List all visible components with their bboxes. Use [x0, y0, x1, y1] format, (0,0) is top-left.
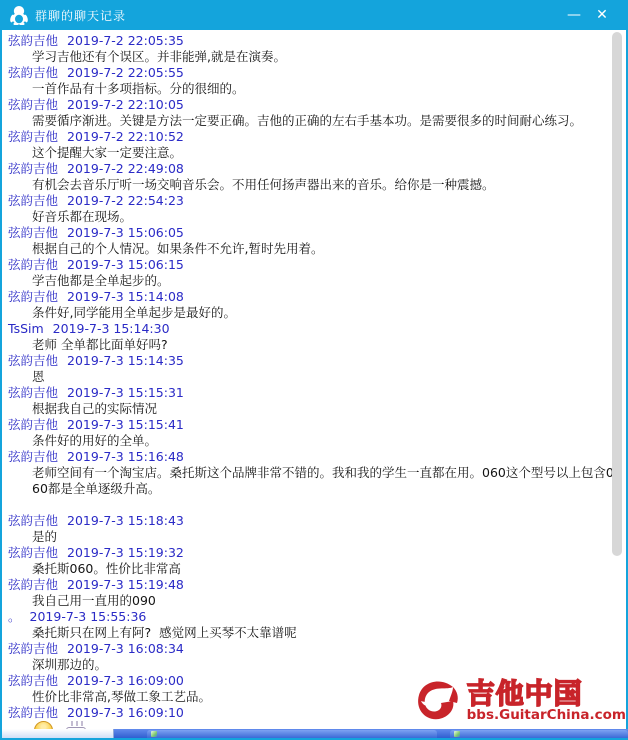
blank-line — [2, 497, 626, 513]
message-header: 弦韵吉他2019-7-2 22:05:55 — [2, 65, 626, 81]
message-author: 弦韵吉他 — [8, 449, 58, 464]
taskbar-window-button[interactable] — [450, 730, 628, 738]
message-text: 是的 — [2, 529, 626, 545]
message-header: 弦韵吉他2019-7-3 15:06:05 — [2, 225, 626, 241]
message-author: 弦韵吉他 — [8, 257, 58, 272]
message-text: 恩 — [2, 369, 626, 385]
message-author: 弦韵吉他 — [8, 193, 58, 208]
message-header: 弦韵吉他2019-7-3 15:15:31 — [2, 385, 626, 401]
message-header: 弦韵吉他2019-7-3 16:09:00 — [2, 673, 626, 689]
message-header: 弦韵吉他2019-7-2 22:10:05 — [2, 97, 626, 113]
message-time: 2019-7-3 15:14:35 — [67, 353, 184, 368]
message-header: 弦韵吉他2019-7-2 22:05:35 — [2, 33, 626, 49]
message-time: 2019-7-3 16:09:10 — [67, 705, 184, 720]
title-bar: 群聊的聊天记录 — ✕ — [2, 0, 626, 30]
message-header: 弦韵吉他2019-7-3 16:08:34 — [2, 641, 626, 657]
taskbar-start-segment[interactable] — [2, 729, 114, 738]
message-author: 弦韵吉他 — [8, 673, 58, 688]
message-text: 桑托斯060。性价比非常高 — [2, 561, 626, 577]
message-header: 弦韵吉他2019-7-3 15:14:08 — [2, 289, 626, 305]
message-author: 弦韵吉他 — [8, 545, 58, 560]
message-header: 。2019-7-3 15:55:36 — [2, 609, 626, 625]
taskbar-app-icon — [454, 731, 460, 737]
message-author: 弦韵吉他 — [8, 353, 58, 368]
message-header: 弦韵吉他2019-7-2 22:10:52 — [2, 129, 626, 145]
message-author: 弦韵吉他 — [8, 289, 58, 304]
message-time: 2019-7-3 15:18:43 — [67, 513, 184, 528]
message-author: 弦韵吉他 — [8, 417, 58, 432]
message-time: 2019-7-2 22:05:55 — [67, 65, 184, 80]
message-author: 弦韵吉他 — [8, 161, 58, 176]
message-header: 弦韵吉他2019-7-3 15:18:43 — [2, 513, 626, 529]
message-header: 弦韵吉他2019-7-3 15:19:48 — [2, 577, 626, 593]
message-time: 2019-7-2 22:05:35 — [67, 33, 184, 48]
message-author: 弦韵吉他 — [8, 513, 58, 528]
message-text: 条件好,同学能用全单起步是最好的。 — [2, 305, 626, 321]
message-author: 弦韵吉他 — [8, 705, 58, 720]
message-text: 一首作品有十多项指标。分的很细的。 — [2, 81, 626, 97]
message-header: 弦韵吉他2019-7-3 15:19:32 — [2, 545, 626, 561]
message-text: 学吉他都是全单起步的。 — [2, 273, 626, 289]
message-text: 性价比非常高,琴做工象工艺品。 — [2, 689, 626, 705]
message-text: 老师 全单都比面单好吗? — [2, 337, 626, 353]
message-text: 根据我自己的实际情况 — [2, 401, 626, 417]
message-author: 弦韵吉他 — [8, 65, 58, 80]
message-text: 根据自己的个人情况。如果条件不允许,暂时先用着。 — [2, 241, 626, 257]
message-time: 2019-7-3 15:15:41 — [67, 417, 184, 432]
message-header: 弦韵吉他2019-7-3 15:16:48 — [2, 449, 626, 465]
message-list: 弦韵吉他2019-7-2 22:05:35学习吉他还有个误区。并非能弹,就是在演… — [2, 33, 626, 731]
message-text: 好音乐都在现场。 — [2, 209, 626, 225]
message-time: 2019-7-3 15:06:15 — [67, 257, 184, 272]
chat-record-window: 群聊的聊天记录 — ✕ 弦韵吉他2019-7-2 22:05:35学习吉他还有个… — [0, 0, 628, 740]
message-text: 老师空间有一个淘宝店。桑托斯这个品牌非常不错的。我和我的学生一直都在用。060这… — [2, 465, 626, 497]
minimize-button[interactable]: — — [560, 0, 588, 30]
message-text: 桑托斯只在网上有阿? 感觉网上买琴不太靠谱呢 — [2, 625, 626, 641]
message-time: 2019-7-3 15:16:48 — [67, 449, 184, 464]
message-time: 2019-7-3 15:14:08 — [67, 289, 184, 304]
message-time: 2019-7-3 15:55:36 — [30, 609, 147, 624]
message-author: 弦韵吉他 — [8, 577, 58, 592]
message-time: 2019-7-3 16:08:34 — [67, 641, 184, 656]
message-author: 弦韵吉他 — [8, 97, 58, 112]
message-time: 2019-7-2 22:54:23 — [67, 193, 184, 208]
taskbar-app-icon — [151, 731, 157, 737]
qq-penguin-icon — [10, 5, 28, 25]
message-header: 弦韵吉他2019-7-3 15:15:41 — [2, 417, 626, 433]
message-text: 有机会去音乐厅听一场交响音乐会。不用任何扬声器出来的音乐。给你是一种震撼。 — [2, 177, 626, 193]
chat-history-panel[interactable]: 弦韵吉他2019-7-2 22:05:35学习吉他还有个误区。并非能弹,就是在演… — [2, 30, 626, 731]
message-text: 深圳那边的。 — [2, 657, 626, 673]
message-time: 2019-7-3 15:14:30 — [53, 321, 170, 336]
scrollbar-thumb[interactable] — [612, 32, 622, 556]
message-text: 这个提醒大家一定要注意。 — [2, 145, 626, 161]
message-time: 2019-7-2 22:10:05 — [67, 97, 184, 112]
message-time: 2019-7-3 15:06:05 — [67, 225, 184, 240]
close-button[interactable]: ✕ — [588, 0, 616, 30]
message-header: 弦韵吉他2019-7-3 15:06:15 — [2, 257, 626, 273]
message-text: 我自己用一直用的090 — [2, 593, 626, 609]
message-header: 弦韵吉他2019-7-2 22:49:08 — [2, 161, 626, 177]
message-text: 学习吉他还有个误区。并非能弹,就是在演奏。 — [2, 49, 626, 65]
message-author: 弦韵吉他 — [8, 33, 58, 48]
taskbar-window-button[interactable] — [147, 730, 437, 738]
message-time: 2019-7-2 22:49:08 — [67, 161, 184, 176]
message-author: 。 — [8, 609, 21, 624]
message-author: 弦韵吉他 — [8, 129, 58, 144]
message-header: 弦韵吉他2019-7-3 15:14:35 — [2, 353, 626, 369]
message-author: TsSim — [8, 321, 44, 336]
message-time: 2019-7-3 16:09:00 — [67, 673, 184, 688]
message-text: 条件好的用好的全单。 — [2, 433, 626, 449]
message-author: 弦韵吉他 — [8, 385, 58, 400]
message-time: 2019-7-3 15:15:31 — [67, 385, 184, 400]
message-time: 2019-7-3 15:19:32 — [67, 545, 184, 560]
message-author: 弦韵吉他 — [8, 641, 58, 656]
message-header: TsSim2019-7-3 15:14:30 — [2, 321, 626, 337]
message-author: 弦韵吉他 — [8, 225, 58, 240]
window-title: 群聊的聊天记录 — [35, 7, 126, 24]
message-header: 弦韵吉他2019-7-3 16:09:10 — [2, 705, 626, 721]
message-time: 2019-7-3 15:19:48 — [67, 577, 184, 592]
os-taskbar — [2, 729, 628, 738]
message-text: 需要循序渐进。关键是方法一定要正确。吉他的正确的左右手基本功。是需要很多的时间耐… — [2, 113, 626, 129]
message-header: 弦韵吉他2019-7-2 22:54:23 — [2, 193, 626, 209]
message-time: 2019-7-2 22:10:52 — [67, 129, 184, 144]
